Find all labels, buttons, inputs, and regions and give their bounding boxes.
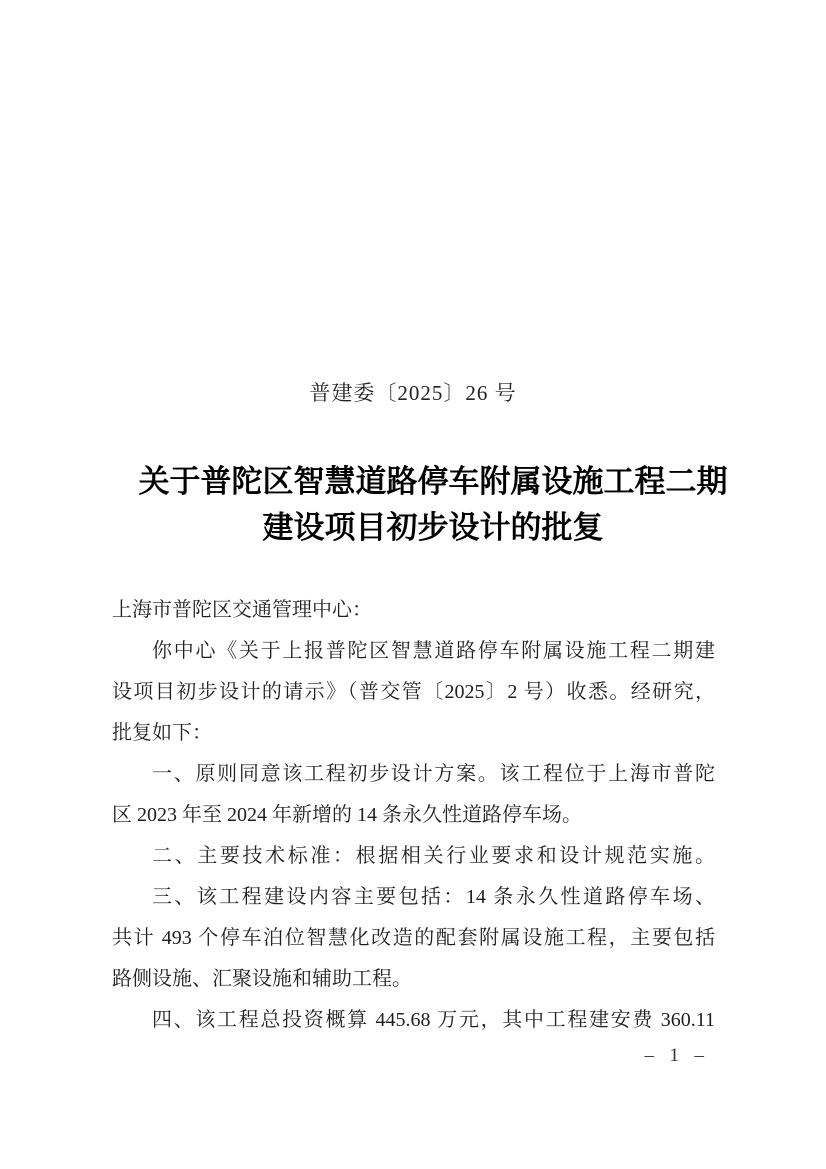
document-body: 上海市普陀区交通管理中心： 你中心《关于上报普陀区智慧道路停车附属设施工程二期建… xyxy=(112,590,715,1041)
body-line: 路侧设施、汇聚设施和辅助工程。 xyxy=(112,959,715,1000)
document-page: 普建委〔2025〕26 号 关于普陀区智慧道路停车附属设施工程二期 建设项目初步… xyxy=(0,0,826,1169)
body-line: 上海市普陀区交通管理中心： xyxy=(112,590,715,631)
page-title: 关于普陀区智慧道路停车附属设施工程二期 建设项目初步设计的批复 xyxy=(0,459,826,551)
body-line: 共计 493 个停车泊位智慧化改造的配套附属设施工程，主要包括 xyxy=(112,918,715,959)
body-line: 区 2023 年至 2024 年新增的 14 条永久性道路停车场。 xyxy=(112,795,715,836)
body-line: 设项目初步设计的请示》（普交管〔2025〕2 号）收悉。经研究， xyxy=(112,672,715,713)
page-title-line-1: 关于普陀区智慧道路停车附属设施工程二期 xyxy=(40,459,826,505)
body-line: 一、原则同意该工程初步设计方案。该工程位于上海市普陀 xyxy=(112,754,715,795)
body-line: 四、该工程总投资概算 445.68 万元，其中工程建安费 360.11 xyxy=(112,1000,715,1041)
page-title-line-2: 建设项目初步设计的批复 xyxy=(40,505,826,551)
page-number: – 1 – xyxy=(645,1045,707,1067)
body-line: 三、该工程建设内容主要包括：14 条永久性道路停车场、 xyxy=(112,877,715,918)
body-line: 二、主要技术标准：根据相关行业要求和设计规范实施。 xyxy=(112,836,715,877)
body-line: 你中心《关于上报普陀区智慧道路停车附属设施工程二期建 xyxy=(112,631,715,672)
document-number: 普建委〔2025〕26 号 xyxy=(0,377,826,407)
body-line: 批复如下： xyxy=(112,713,715,754)
